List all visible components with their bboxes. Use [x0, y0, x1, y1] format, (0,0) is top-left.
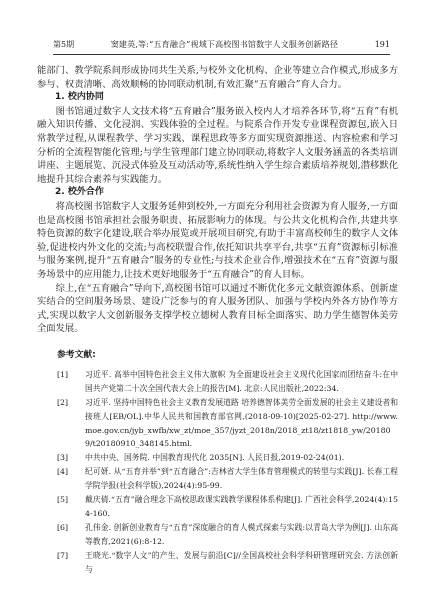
reference-list: [1]习近平. 高举中国特色社会主义伟大旗帜 为全面建设社会主义现代化国家而团结… [37, 368, 398, 577]
section-heading: 2. 校外合作 [37, 186, 398, 200]
reference-item: [1]习近平. 高举中国特色社会主义伟大旗帜 为全面建设社会主义现代化国家而团结… [57, 368, 398, 396]
paper-page: 第5期 窦建英,等:“五育融合”视域下高校图书馆数字人文服务创新路径 191 能… [0, 0, 427, 603]
reference-text: 纪可妍. 从“五育并举”到“五育融合”:吉林省大学生体育管理模式的转型与实践[J… [85, 465, 398, 493]
page-number: 191 [375, 40, 390, 50]
body-paragraph: 综上,在“五育融合”导向下,高校图书馆可以通过不断优化多元文献资源体系、创新虚实… [37, 282, 398, 336]
reference-label: [7] [57, 549, 85, 563]
references-heading: 参考文献: [57, 350, 398, 361]
reference-item: [6]孔伟金. 创新创业教育与“五育”深度融合的育人模式探索与实践:以青岛大学为… [57, 521, 398, 549]
running-header: 第5期 窦建英,等:“五育融合”视域下高校图书馆数字人文服务创新路径 191 [53, 40, 390, 55]
section-heading: 1. 校内协同 [37, 91, 398, 105]
reference-item: [7]王晓光.“数字人文”的产生、发展与前沿[C]//全国高校社会科学科研管理研… [57, 549, 398, 577]
reference-label: [1] [57, 368, 85, 382]
reference-label: [5] [57, 493, 85, 507]
body-paragraph: 图书馆通过数字人文技术将“五育融合”服务嵌入校内人才培养各环节,将“五育”有机融… [37, 105, 398, 187]
reference-label: [4] [57, 465, 85, 479]
reference-item: [2]习近平. 坚持中国特色社会主义教育发展道路 培养德智体美劳全面发展的社会主… [57, 396, 398, 452]
reference-text: 习近平. 高举中国特色社会主义伟大旗帜 为全面建设社会主义现代化国家而团结奋斗:… [85, 368, 398, 396]
issue-number: 第5期 [53, 40, 74, 50]
body-paragraph: 将高校图书馆数字人文服务延伸到校外,一方面充分利用社会资源为育人服务,一方面也是… [37, 200, 398, 282]
running-title: 窦建英,等:“五育融合”视域下高校图书馆数字人文服务创新路径 [74, 40, 375, 50]
body-paragraph: 能部门、教学院系间形成协同共生关系,与校外文化机构、企业等建立合作模式,形成多方… [37, 64, 398, 91]
reference-item: [3]中共中央、国务院. 中国教育现代化 2035[N]. 人民日报,2019-… [57, 451, 398, 465]
reference-label: [6] [57, 521, 85, 535]
reference-text: 王晓光.“数字人文”的产生、发展与前沿[C]//全国高校社会科学科研管理研究会.… [85, 549, 398, 577]
reference-item: [4]纪可妍. 从“五育并举”到“五育融合”:吉林省大学生体育管理模式的转型与实… [57, 465, 398, 493]
reference-label: [3] [57, 451, 85, 465]
reference-text: 中共中央、国务院. 中国教育现代化 2035[N]. 人民日报,2019-02-… [85, 451, 398, 465]
reference-item: [5]戴庆倩.“五育”融合理念下高校思政课实践教学课程体系构建[J]. 广西社会… [57, 493, 398, 521]
reference-label: [2] [57, 396, 85, 410]
body-paragraphs: 能部门、教学院系间形成协同共生关系,与校外文化机构、企业等建立合作模式,形成多方… [37, 64, 398, 336]
reference-text: 习近平. 坚持中国特色社会主义教育发展道路 培养德智体美劳全面发展的社会主义建设… [85, 396, 398, 452]
reference-text: 戴庆倩.“五育”融合理念下高校思政课实践教学课程体系构建[J]. 广西社会科学,… [85, 493, 398, 521]
reference-text: 孔伟金. 创新创业教育与“五育”深度融合的育人模式探索与实践:以青岛大学为例[J… [85, 521, 398, 549]
